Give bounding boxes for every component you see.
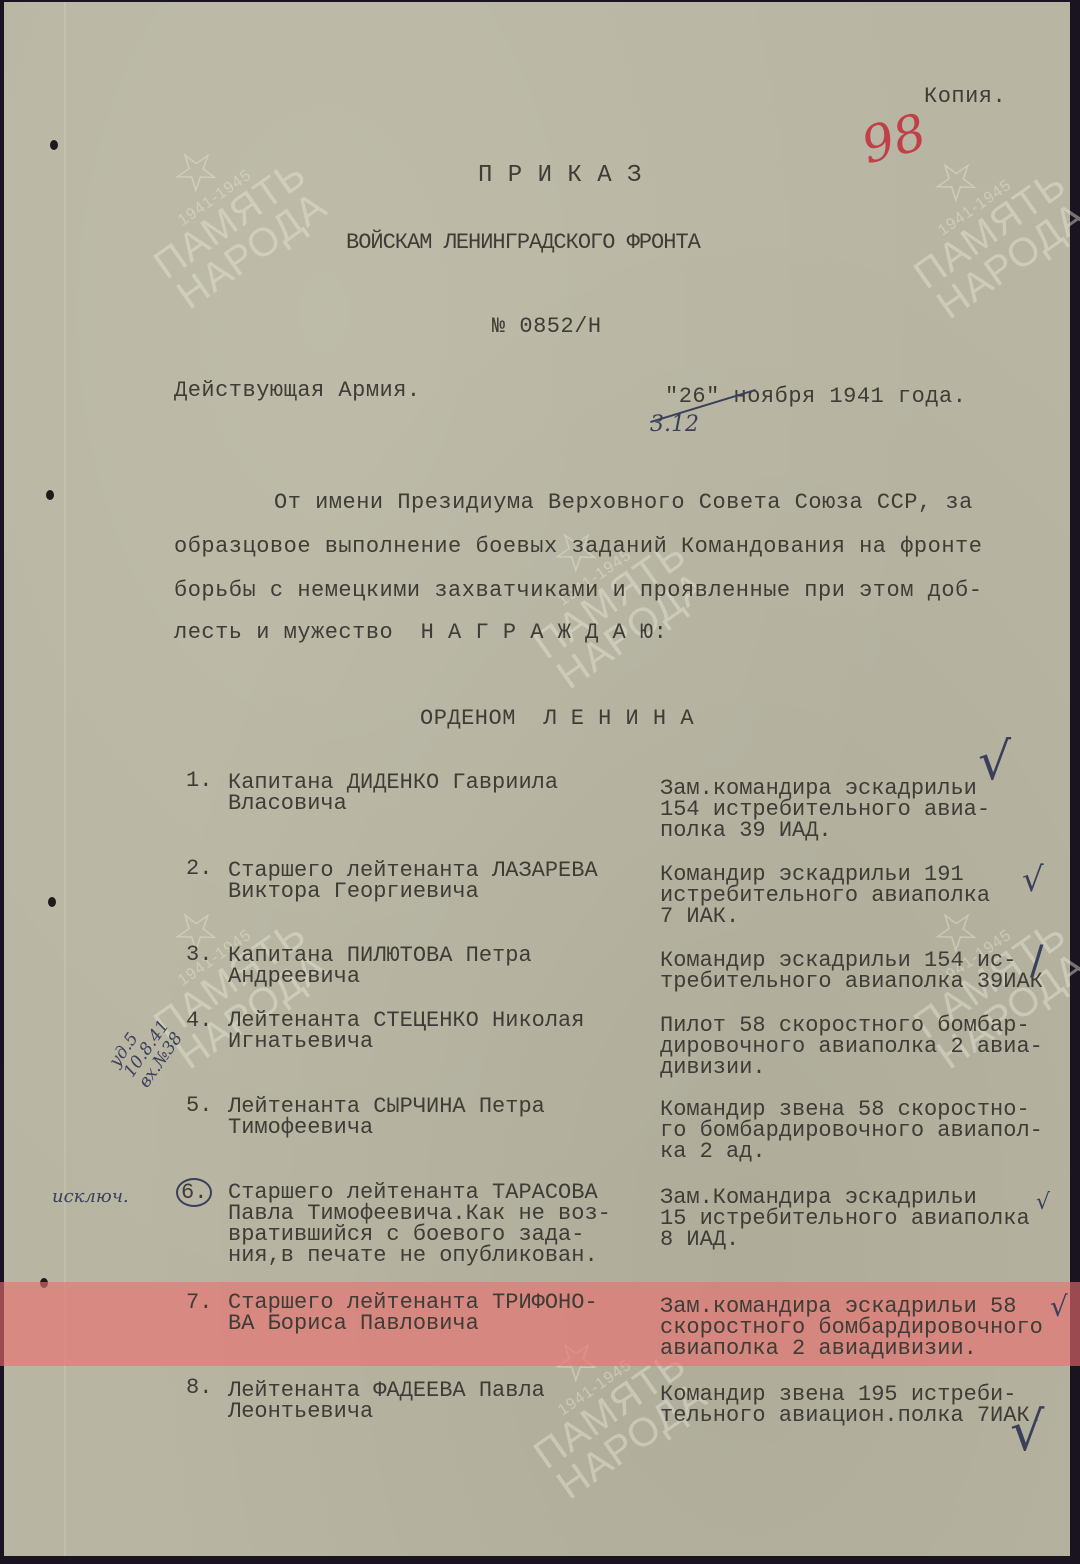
punch-hole [46,490,54,500]
check-mark-icon: √ [1050,1290,1068,1323]
recipient-name: Лейтенанта ФАДЕЕВА Павла Леонтьевича [228,1380,648,1422]
preamble-line: образцовое выполнение боевых заданий Ком… [174,534,982,559]
preamble-line: От имени Президиума Верховного Совета Со… [274,490,973,515]
recipient-name: Капитана ДИДЕНКО Гавриила Власовича [228,772,648,814]
margin-note: исключ. [52,1186,129,1207]
preamble-line: борьбы с немецкими захватчиками и проявл… [174,578,982,603]
recipient-position: Зам.Командира эскадрильи 15 истребительн… [660,1187,1080,1250]
recipient-position: Командир звена 58 скоростно- го бомбарди… [660,1099,1080,1162]
order-number: № 0852/Н [492,314,602,339]
check-mark-icon: √ [978,732,1011,792]
recipient-name: Старшего лейтенанта ТАРАСОВА Павла Тимоф… [228,1182,648,1266]
document-subtitle: ВОЙСКАМ ЛЕНИНГРАДСКОГО ФРОНТА [346,230,700,255]
check-mark-icon: √ [1010,1400,1044,1463]
document-title: П Р И К А З [478,162,642,189]
recipient-position: Пилот 58 скоростного бомбар- дировочного… [660,1015,1080,1078]
punch-hole [50,140,58,150]
handwritten-date: 3.12 [650,412,699,437]
check-mark-icon: / [1030,938,1043,984]
check-mark-icon: √ [1036,1190,1050,1215]
recipient-position: Командир эскадрильи 191 истребительного … [660,864,1080,927]
punch-hole [48,897,56,907]
check-mark-icon: √ [1022,860,1044,900]
recipient-name: Лейтенанта СЫРЧИНА Петра Тимофеевича [228,1096,648,1138]
award-heading: ОРДЕНОМ Л Е Н И Н А [420,706,694,731]
recipient-name: Старшего лейтенанта ЛАЗАРЕВА Виктора Гео… [228,860,648,902]
recipient-position: Зам.командира эскадрильи 58 скоростного … [660,1296,1080,1359]
copy-mark: Копия. [924,84,1006,109]
place-label: Действующая Армия. [174,378,421,403]
recipient-position: Командир эскадрильи 154 ис- требительног… [660,950,1080,992]
recipient-name: Капитана ПИЛЮТОВА Петра Андреевича [228,945,648,987]
order-date: "26" ноября 1941 года. [665,384,966,409]
recipient-name: Лейтенанта СТЕЦЕНКО Николая Игнатьевича [228,1010,648,1052]
preamble-line: лесть и мужество Н А Г Р А Ж Д А Ю: [174,620,667,645]
recipient-name: Старшего лейтенанта ТРИФОНО- ВА Бориса П… [228,1292,648,1334]
recipient-position: Зам.командира эскадрильи 154 истребитель… [660,778,1080,841]
